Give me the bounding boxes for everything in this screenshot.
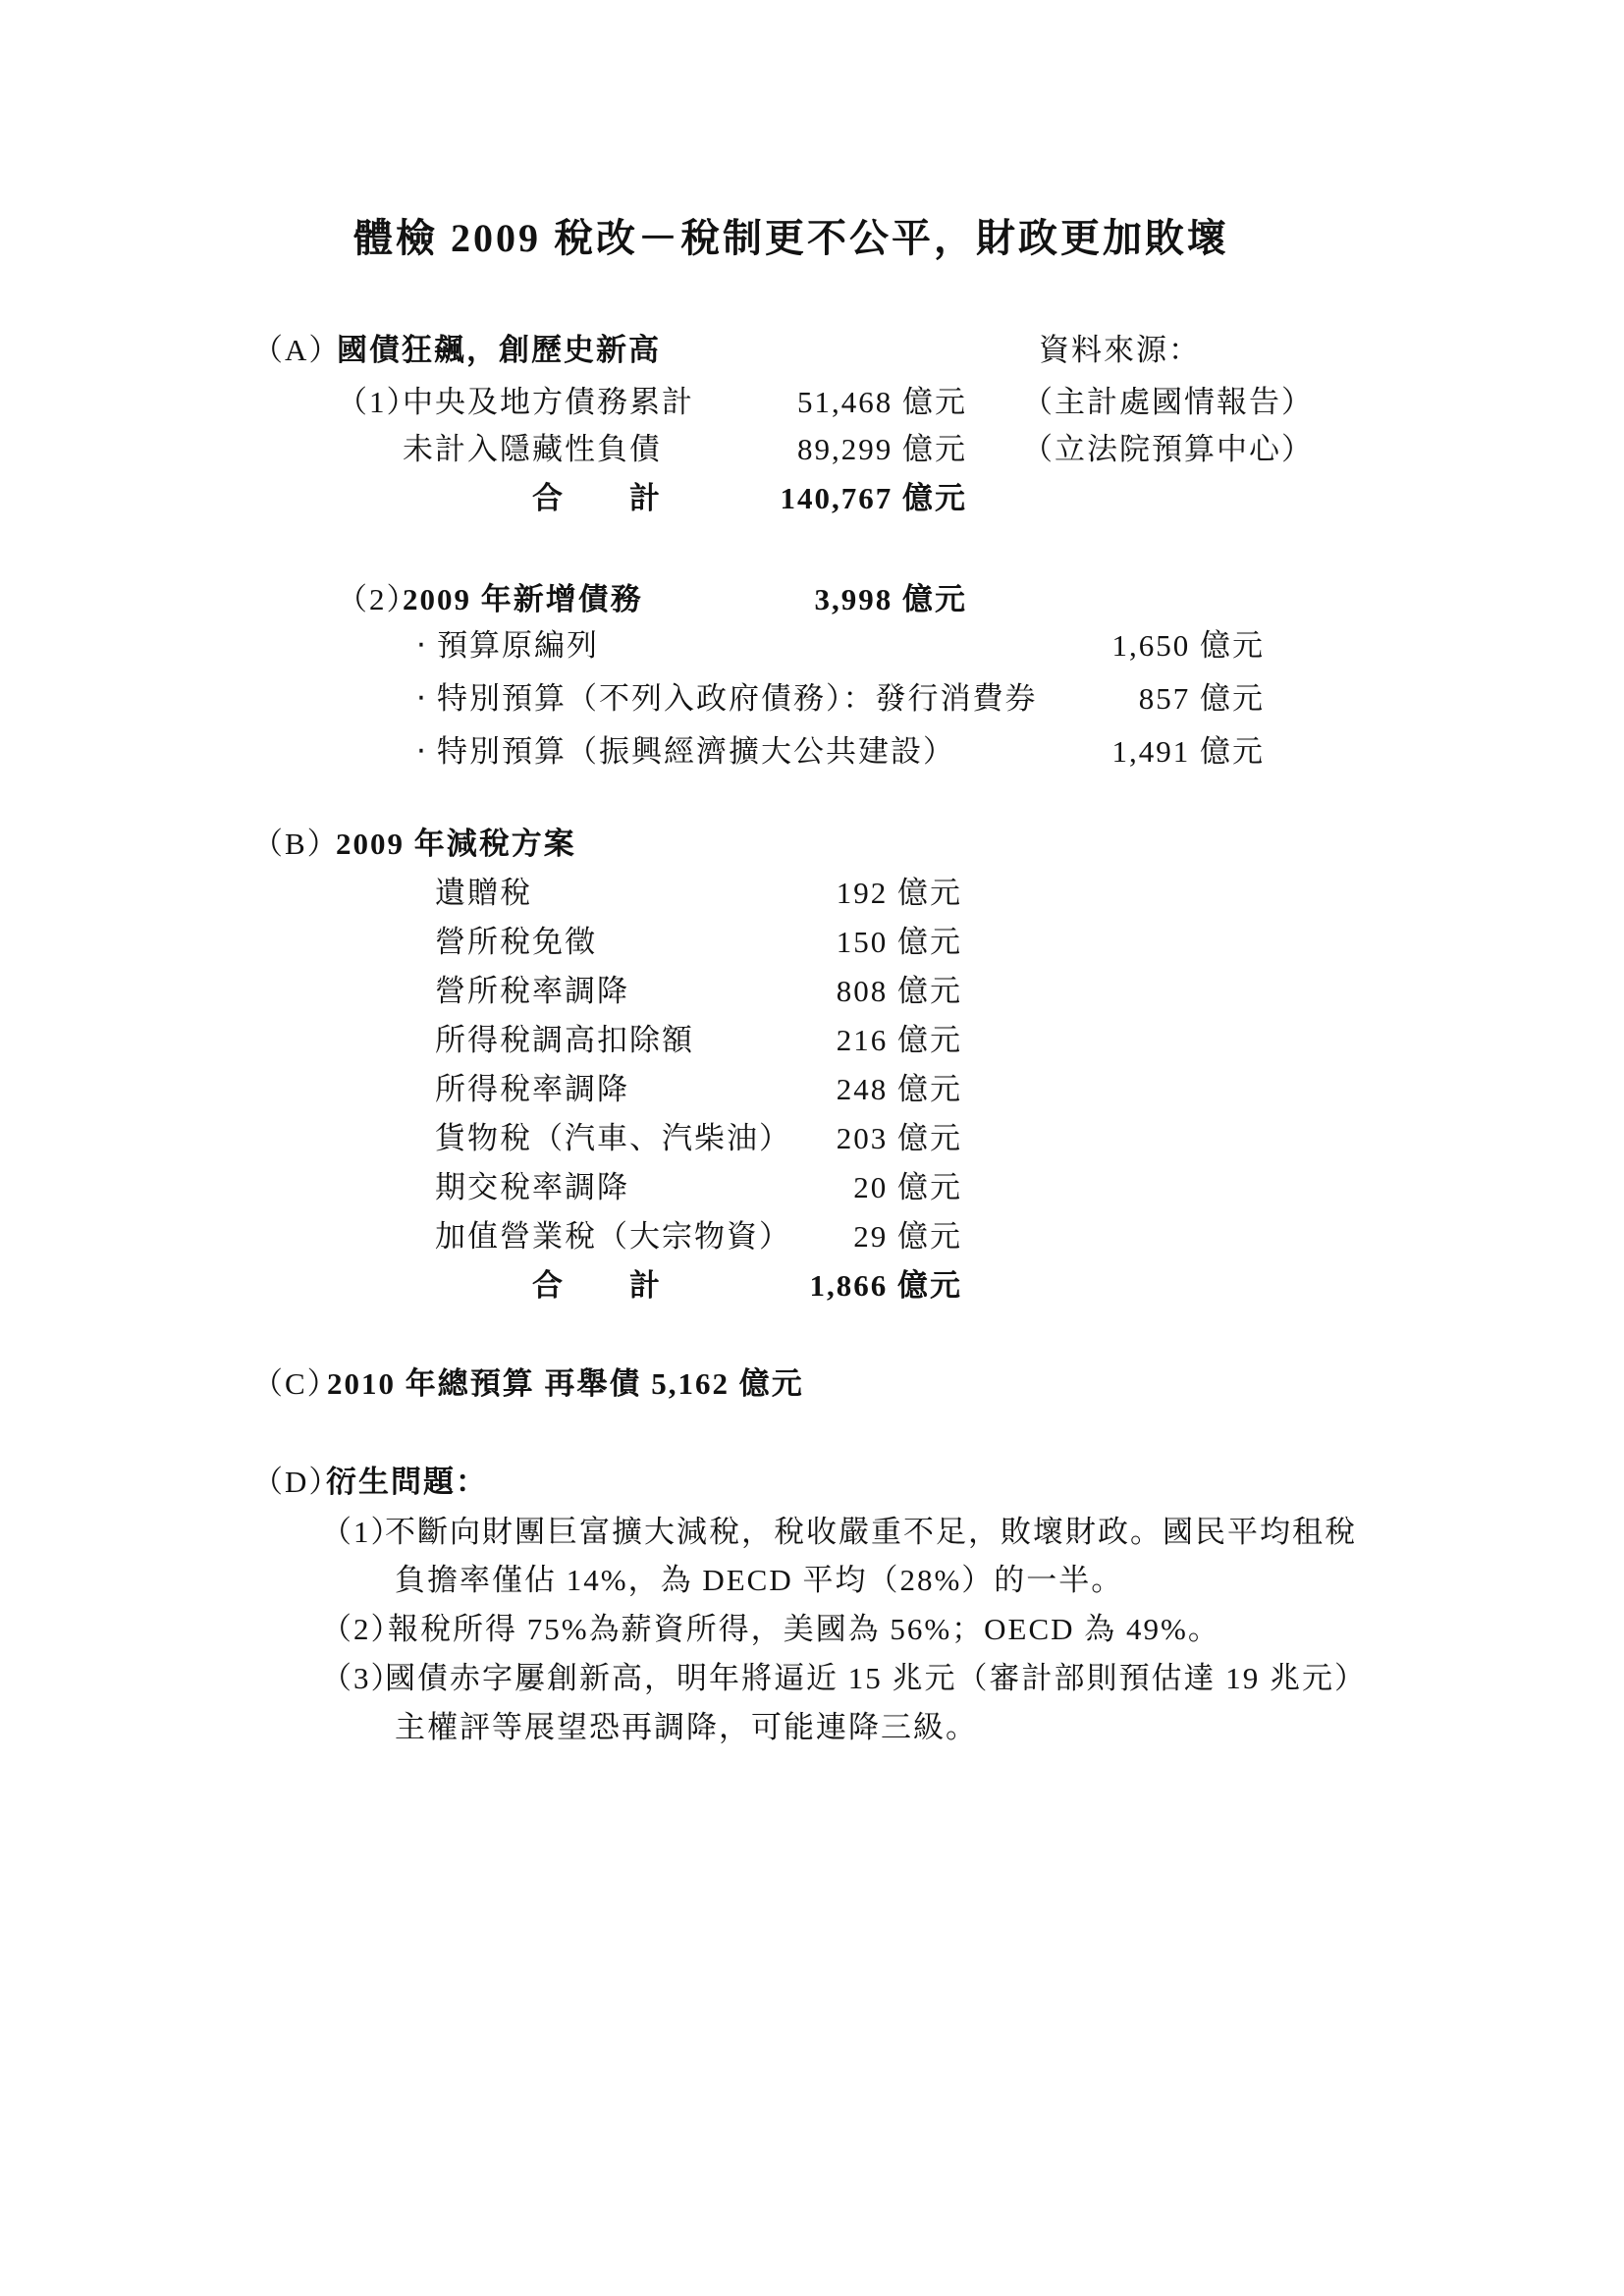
section-d-heading: 衍生問題： [326, 1465, 488, 1500]
section-b-marker: （B） [252, 827, 340, 862]
section-a-total-row: 合 計 140,767 億元 [0, 481, 1624, 522]
bullet-icon: ‧ [416, 734, 428, 770]
item-text-line: 負擔率僅佔 14%，為 DECD 平均（28%）的一半。 [395, 1563, 1123, 1598]
row-value: 20 億元 [628, 1170, 962, 1205]
item-text-line: 報稅所得 75%為薪資所得，美國為 56%；OECD 為 49%。 [388, 1612, 1220, 1647]
list-item-continuation: 負擔率僅佔 14%，為 DECD 平均（28%）的一半。 [0, 1563, 1624, 1604]
list-item-continuation: 主權評等展望恐再調降，可能連降三級。 [0, 1710, 1624, 1751]
row-source: （立法院預算中心） [1022, 432, 1314, 467]
row-value: 203 億元 [628, 1121, 962, 1156]
bullet-row: ‧ 特別預算（振興經濟擴大公共建設） 1,491 億元 [0, 734, 1624, 775]
table-row: （1） 中央及地方債務累計 51,468 億元 （主計處國情報告） [0, 385, 1624, 426]
row-label: 特別預算（振興經濟擴大公共建設） [437, 734, 955, 770]
bullet-row: ‧ 特別預算（不列入政府債務）：發行消費券 857 億元 [0, 681, 1624, 722]
section-b-header: （B） 2009 年減稅方案 [0, 827, 1624, 868]
section-c-header: （C） 2010 年總預算 再舉債 5,162 億元 [0, 1366, 1624, 1408]
section-b-heading: 2009 年減稅方案 [336, 827, 576, 862]
row-value: 216 億元 [628, 1023, 962, 1058]
section-a-marker: （A） [252, 333, 341, 368]
table-row: 加值營業稅（大宗物資） 29 億元 [0, 1219, 1624, 1260]
row-label: 期交稅率調降 [435, 1170, 629, 1205]
total-value: 140,767 億元 [628, 481, 967, 516]
list-item: （2） 報稅所得 75%為薪資所得，美國為 56%；OECD 為 49%。 [0, 1612, 1624, 1653]
row-value: 808 億元 [628, 974, 962, 1009]
row-value: 51,468 億元 [628, 385, 967, 420]
table-row: 未計入隱藏性負債 89,299 億元 （立法院預算中心） [0, 432, 1624, 473]
row-label: 營所稅免徵 [435, 925, 597, 960]
row-label: 營所稅率調降 [435, 974, 629, 1009]
row-label: 預算原編列 [437, 628, 599, 664]
document-page: 體檢 2009 稅改－稅制更不公平，財政更加敗壞 （A） 國債狂飆，創歷史新高 … [0, 0, 1624, 2296]
bullet-row: ‧ 預算原編列 1,650 億元 [0, 628, 1624, 669]
section-a2-header: （2） 2009 年新增債務 3,998 億元 [0, 582, 1624, 623]
section-a-heading: 國債狂飆，創歷史新高 [337, 333, 661, 368]
table-row: 期交稅率調降 20 億元 [0, 1170, 1624, 1211]
table-row: 所得稅調高扣除額 216 億元 [0, 1023, 1624, 1064]
row-value: 248 億元 [628, 1072, 962, 1107]
list-item: （3） 國債赤字屢創新高，明年將逼近 15 兆元（審計部則預估達 19 兆元） [0, 1661, 1624, 1702]
row-value: 1,491 億元 [982, 734, 1265, 770]
data-source-label: 資料來源： [1039, 333, 1201, 368]
section-a2-heading: 2009 年新增債務 [403, 582, 643, 617]
section-b-total-row: 合 計 1,866 億元 [0, 1268, 1624, 1309]
bullet-icon: ‧ [416, 681, 428, 717]
section-c-text: 2010 年總預算 再舉債 5,162 億元 [327, 1366, 804, 1402]
row-value: 29 億元 [628, 1219, 962, 1255]
row-value: 1,650 億元 [982, 628, 1265, 664]
page-title: 體檢 2009 稅改－稅制更不公平，財政更加敗壞 [353, 207, 1229, 263]
row-label: 遺贈稅 [435, 876, 532, 911]
row-value: 150 億元 [628, 925, 962, 960]
table-row: 所得稅率調降 248 億元 [0, 1072, 1624, 1113]
table-row: 遺贈稅 192 億元 [0, 876, 1624, 917]
table-row: 貨物稅（汽車、汽柴油） 203 億元 [0, 1121, 1624, 1162]
row-label: 特別預算（不列入政府債務）：發行消費券 [437, 681, 1038, 717]
section-a-header: （A） 國債狂飆，創歷史新高 資料來源： [0, 333, 1624, 374]
row-value: 89,299 億元 [628, 432, 967, 467]
item-text-line: 國債赤字屢創新高，明年將逼近 15 兆元（審計部則預估達 19 兆元） [385, 1661, 1367, 1696]
total-value: 1,866 億元 [628, 1268, 962, 1304]
row-source: （主計處國情報告） [1022, 385, 1314, 420]
row-value: 192 億元 [628, 876, 962, 911]
row-label: 所得稅率調降 [435, 1072, 629, 1107]
row-value: 857 億元 [982, 681, 1265, 717]
table-row: 營所稅率調降 808 億元 [0, 974, 1624, 1015]
section-a2-value: 3,998 億元 [628, 582, 967, 617]
row-label: 未計入隱藏性負債 [403, 432, 662, 467]
item-text-line: 主權評等展望恐再調降，可能連降三級。 [395, 1710, 978, 1745]
table-row: 營所稅免徵 150 億元 [0, 925, 1624, 966]
bullet-icon: ‧ [416, 628, 428, 664]
list-item: （1） 不斷向財團巨富擴大減稅，稅收嚴重不足，敗壞財政。國民平均租稅 [0, 1515, 1624, 1556]
section-d-header: （D） 衍生問題： [0, 1465, 1624, 1506]
item-text-line: 不斷向財團巨富擴大減稅，稅收嚴重不足，敗壞財政。國民平均租稅 [385, 1515, 1357, 1550]
